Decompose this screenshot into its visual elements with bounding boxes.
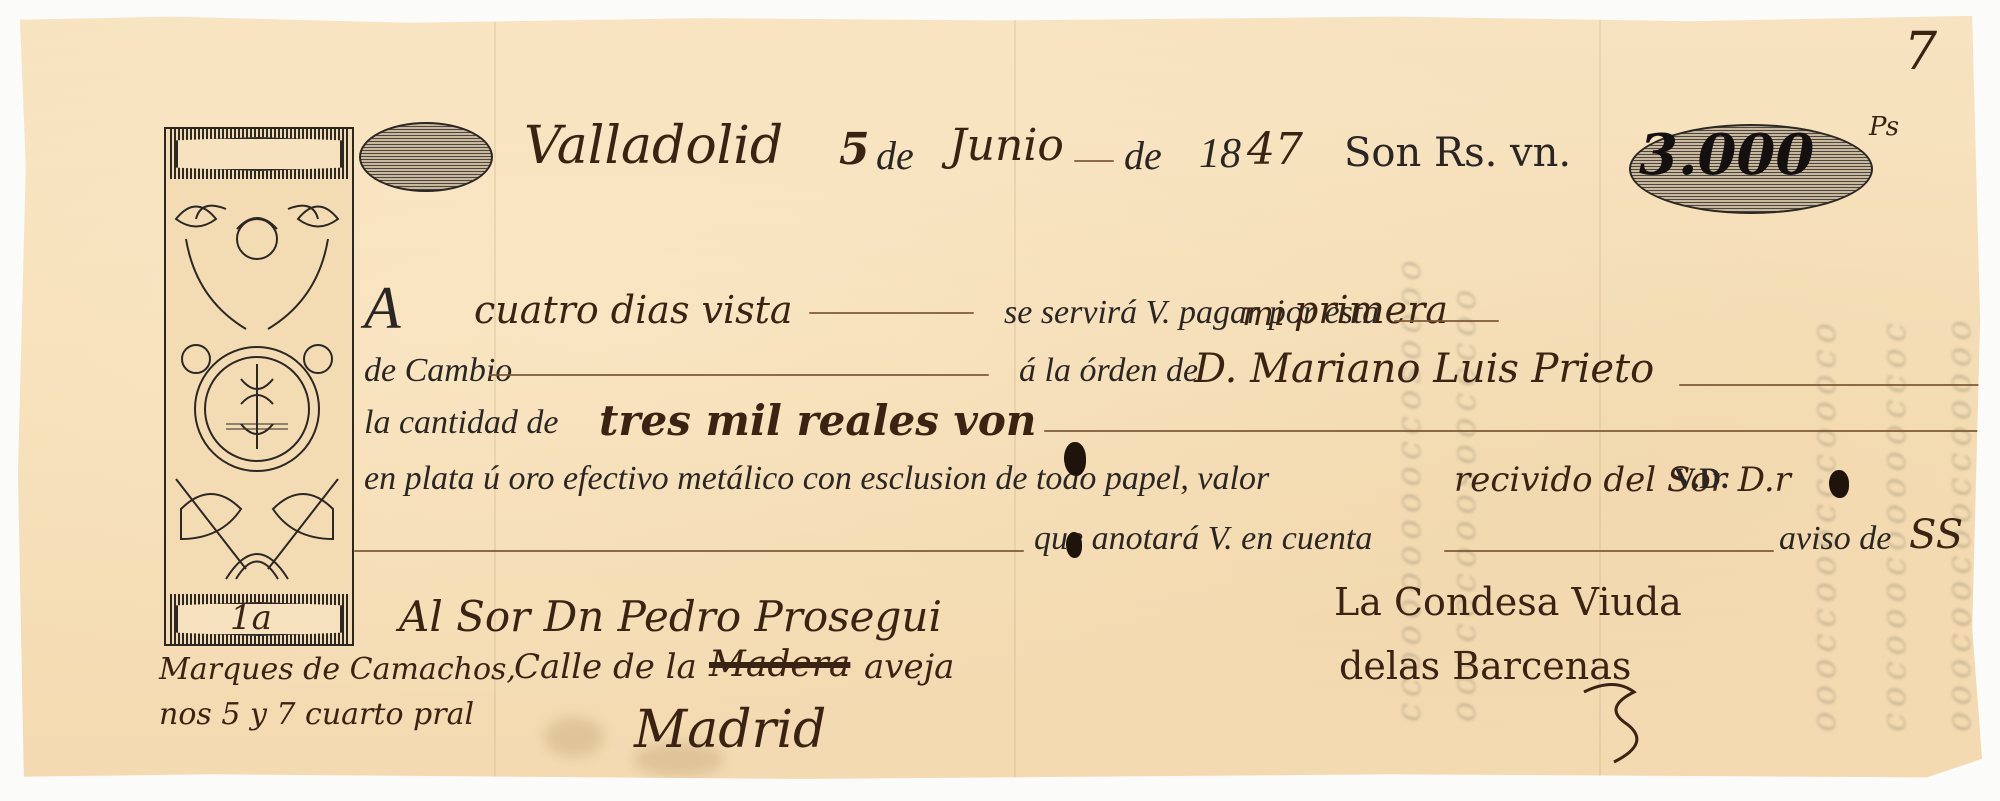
copy-designation: primera [1294,288,1448,332]
printed-de: de [1124,132,1162,179]
value-received-from: recivido del Sor D.r [1454,460,1791,500]
mercury-caduceus-engraving-icon [166,179,348,589]
address-annotation-line2: nos 5 y 7 cuarto pral [159,697,474,732]
addressee-street-prefix: Calle de la [514,647,697,687]
amount-label: Son Rs. vn. [1344,130,1571,176]
handwritten-year: 47 [1247,124,1303,175]
bleed-through-text: ooocoocooccooooo [1939,52,1979,732]
fill-dash [1394,320,1499,322]
amount-tail: Ps [1869,112,1899,142]
bill-of-exchange-paper: ccooooooooccosoooo ooocccooosoocccoo ooo… [14,12,1986,782]
fill-dash [1679,384,1979,386]
amount-figure: 3.000 [1639,122,1814,188]
printed-order-of: á la órden de [1019,352,1198,390]
place-of-issue: Valladolid [524,116,783,176]
printed-account-clause: que anotará V. en cuenta [1034,520,1372,558]
drawer-initials: V.D. [1674,462,1728,496]
addressee-name: Al Sor Dn Pedro Prosegui [399,592,942,641]
ink-blot [1829,470,1849,498]
fill-dash [489,374,989,376]
fill-dash-with-ditto-marks [1444,550,1774,552]
engraved-oval-left [359,122,493,192]
fill-dash [809,312,974,314]
printed-currency-clause: en plata ú oro efectivo metálico con esc… [364,460,1269,498]
folio-number: 7 [1904,22,1937,82]
payee-name: D. Mariano Luis Prieto [1194,346,1654,392]
decorative-initial: A [364,274,401,343]
copy-number-mark: 1a [230,598,272,638]
top-cartouche [170,129,348,179]
issue-month: Junio [949,120,1064,171]
ink-blot [1064,442,1086,476]
advice-flourish: SS [1909,512,1963,558]
engraved-vignette: 1a [164,127,354,646]
term-of-payment: cuatro dias vista [474,288,793,332]
addressee-street-end: aveja [864,647,954,687]
printed-advice-of: aviso de [1779,520,1891,558]
printed-year-prefix: 18 [1199,130,1241,178]
ink-blot [1066,532,1082,558]
addressee-city: Madrid [634,700,826,760]
printed-de: de [876,132,914,179]
signature-rubric-icon [1574,672,1664,772]
amount-in-words: tres mil reales von [599,396,1036,445]
address-annotation-line1: Marques de Camachos, [159,652,516,687]
bleed-through-text: cocooocoooooccoc [1874,52,1914,732]
drawer-signature-line1: La Condesa Viuda [1334,580,1682,624]
mi-word: mi [1242,294,1285,334]
issue-day: 5 [839,124,870,175]
printed-amount-label: la cantidad de [364,404,559,442]
addressee-street-struck: Madera [709,644,850,685]
fill-dash [1074,160,1114,162]
stain [544,717,604,757]
fill-dash [1044,430,1979,432]
fill-dash-with-ditto-marks [354,550,1024,552]
printed-de-cambio: de Cambio [364,352,512,390]
